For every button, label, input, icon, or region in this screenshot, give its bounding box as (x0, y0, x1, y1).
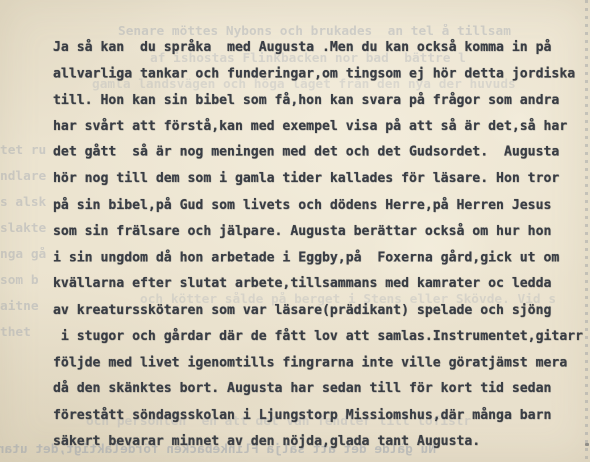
text-line: i stugor och gårdar där de fått lov att … (53, 324, 583, 350)
left-margin-fragment: aitne (0, 299, 39, 314)
text-line: på sin bibel,på Gud som livets och döden… (53, 193, 583, 219)
text-line: kvällarna efter slutat arbete,tillsamman… (53, 271, 583, 297)
left-margin-fragment: ndlare (0, 169, 46, 184)
left-margin-fragment: slakte (0, 221, 46, 236)
left-margin-fragment: thet (0, 325, 31, 340)
text-line: av kreatursskötaren som var läsare(prädi… (53, 298, 583, 324)
left-margin-fragment: nga gå (0, 247, 46, 262)
text-line: allvarliga tankar och funderingar,om tin… (53, 62, 583, 88)
left-margin-fragment: tet ru (0, 143, 46, 158)
text-line: följde med livet igenomtills fingrarna i… (53, 351, 583, 377)
edge-mark (585, 443, 589, 446)
text-line: i sin ungdom då hon arbetade i Eggby,på … (53, 245, 583, 271)
text-line: till. Hon kan sin bibel som få,hon kan s… (53, 88, 583, 114)
left-margin-fragment: s alsk (0, 195, 46, 210)
text-line: det gått så är nog meningen med det och … (53, 140, 583, 166)
text-line: förestått söndagsskolan i Ljungstorp Mis… (53, 403, 583, 429)
typewritten-page-scan: Senare möttes Nybons och brukades an tel… (0, 0, 590, 462)
scan-edge-ticks (585, 0, 588, 462)
text-line: hör nog till dem som i gamla tider kalla… (53, 166, 583, 192)
text-line: säkert bevarar minnet av den nöjda,glada… (53, 429, 583, 455)
text-line: Ja så kan du språka med Augusta .Men du … (53, 35, 583, 61)
letter-body: Ja så kan du språka med Augusta .Men du … (53, 35, 583, 455)
left-margin-fragment: som b (0, 273, 39, 288)
text-line: har svårt att förstå,kan med exempel vis… (53, 114, 583, 140)
text-line: som sin frälsare och jälpare. Augusta be… (53, 219, 583, 245)
text-line: då den skänktes bort. Augusta har sedan … (53, 376, 583, 402)
